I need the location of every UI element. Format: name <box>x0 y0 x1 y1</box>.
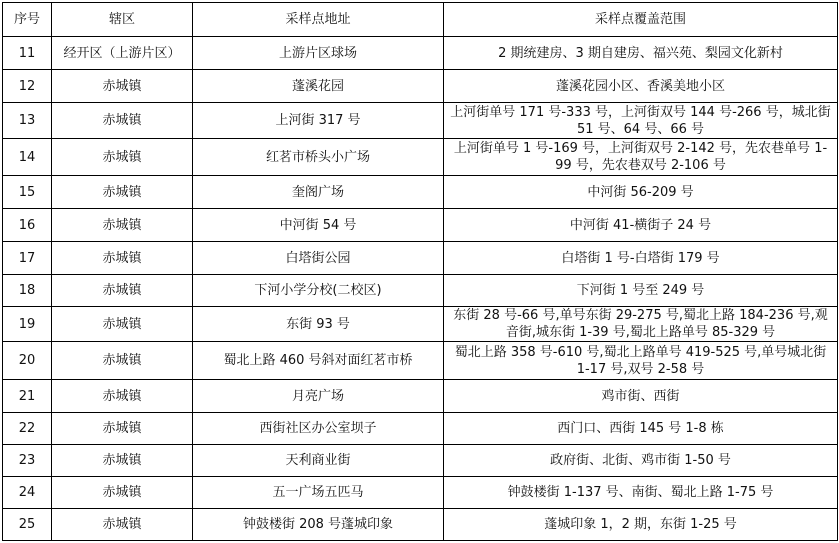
cell-coverage-range: 东街 28 号-66 号,单号东街 29-275 号,蜀北上路 184-236 … <box>444 307 838 342</box>
cell-coverage-range: 钟鼓楼街 1-137 号、南街、蜀北上路 1-75 号 <box>444 477 838 509</box>
cell-coverage-range: 鸡市街、西街 <box>444 380 838 413</box>
table-row: 25 赤城镇 钟鼓楼街 208 号蓬城印象 蓬城印象 1，2 期，东街 1-25… <box>3 509 838 541</box>
cell-coverage-range: 政府街、北街、鸡市街 1-50 号 <box>444 445 838 477</box>
cell-serial-no: 22 <box>3 413 52 445</box>
cell-coverage-range: 中河街 41-横街子 24 号 <box>444 209 838 242</box>
cell-coverage-range: 下河街 1 号至 249 号 <box>444 275 838 307</box>
header-serial-no: 序号 <box>3 3 52 37</box>
cell-serial-no: 17 <box>3 242 52 275</box>
table-row: 18 赤城镇 下河小学分校(二校区) 下河街 1 号至 249 号 <box>3 275 838 307</box>
cell-sampling-address: 蜀北上路 460 号斜对面红茗市桥 <box>193 342 444 380</box>
cell-sampling-address: 上游片区球场 <box>193 37 444 70</box>
cell-sampling-address: 中河街 54 号 <box>193 209 444 242</box>
cell-district: 赤城镇 <box>52 445 193 477</box>
table-row: 23 赤城镇 天利商业街 政府街、北街、鸡市街 1-50 号 <box>3 445 838 477</box>
cell-coverage-range: 上河街单号 171 号-333 号，上河街双号 144 号-266 号，城北街 … <box>444 103 838 139</box>
cell-coverage-range: 蜀北上路 358 号-610 号,蜀北上路单号 419-525 号,单号城北街 … <box>444 342 838 380</box>
table-row: 24 赤城镇 五一广场五匹马 钟鼓楼街 1-137 号、南街、蜀北上路 1-75… <box>3 477 838 509</box>
cell-serial-no: 12 <box>3 70 52 103</box>
cell-sampling-address: 西街社区办公室坝子 <box>193 413 444 445</box>
cell-serial-no: 14 <box>3 139 52 176</box>
cell-coverage-range: 白塔街 1 号-白塔街 179 号 <box>444 242 838 275</box>
cell-coverage-range: 西门口、西街 145 号 1-8 栋 <box>444 413 838 445</box>
cell-district: 赤城镇 <box>52 103 193 139</box>
cell-serial-no: 21 <box>3 380 52 413</box>
cell-district: 赤城镇 <box>52 242 193 275</box>
header-coverage-range: 采样点覆盖范围 <box>444 3 838 37</box>
cell-district: 赤城镇 <box>52 70 193 103</box>
cell-sampling-address: 下河小学分校(二校区) <box>193 275 444 307</box>
cell-serial-no: 16 <box>3 209 52 242</box>
cell-coverage-range: 上河街单号 1 号-169 号，上河街双号 2-142 号，先农巷单号 1-99… <box>444 139 838 176</box>
cell-district: 赤城镇 <box>52 176 193 209</box>
cell-district: 赤城镇 <box>52 139 193 176</box>
sampling-points-table: 序号 辖区 采样点地址 采样点覆盖范围 11 经开区（上游片区） 上游片区球场 … <box>2 2 838 541</box>
cell-serial-no: 19 <box>3 307 52 342</box>
cell-serial-no: 15 <box>3 176 52 209</box>
cell-district: 赤城镇 <box>52 307 193 342</box>
table-row: 22 赤城镇 西街社区办公室坝子 西门口、西街 145 号 1-8 栋 <box>3 413 838 445</box>
cell-coverage-range: 蓬溪花园小区、香溪美地小区 <box>444 70 838 103</box>
cell-sampling-address: 天利商业街 <box>193 445 444 477</box>
cell-sampling-address: 白塔街公园 <box>193 242 444 275</box>
cell-district: 赤城镇 <box>52 209 193 242</box>
cell-sampling-address: 东街 93 号 <box>193 307 444 342</box>
cell-sampling-address: 蓬溪花园 <box>193 70 444 103</box>
cell-sampling-address: 奎阁广场 <box>193 176 444 209</box>
table-row: 12 赤城镇 蓬溪花园 蓬溪花园小区、香溪美地小区 <box>3 70 838 103</box>
cell-serial-no: 25 <box>3 509 52 541</box>
table-row: 14 赤城镇 红茗市桥头小广场 上河街单号 1 号-169 号，上河街双号 2-… <box>3 139 838 176</box>
cell-sampling-address: 上河街 317 号 <box>193 103 444 139</box>
cell-serial-no: 13 <box>3 103 52 139</box>
cell-district: 经开区（上游片区） <box>52 37 193 70</box>
table-row: 21 赤城镇 月亮广场 鸡市街、西街 <box>3 380 838 413</box>
cell-sampling-address: 钟鼓楼街 208 号蓬城印象 <box>193 509 444 541</box>
cell-sampling-address: 月亮广场 <box>193 380 444 413</box>
cell-district: 赤城镇 <box>52 275 193 307</box>
cell-serial-no: 24 <box>3 477 52 509</box>
cell-district: 赤城镇 <box>52 477 193 509</box>
table-row: 20 赤城镇 蜀北上路 460 号斜对面红茗市桥 蜀北上路 358 号-610 … <box>3 342 838 380</box>
table-row: 11 经开区（上游片区） 上游片区球场 2 期统建房、3 期自建房、福兴苑、梨园… <box>3 37 838 70</box>
table-row: 13 赤城镇 上河街 317 号 上河街单号 171 号-333 号，上河街双号… <box>3 103 838 139</box>
cell-serial-no: 23 <box>3 445 52 477</box>
cell-serial-no: 11 <box>3 37 52 70</box>
cell-district: 赤城镇 <box>52 413 193 445</box>
cell-serial-no: 18 <box>3 275 52 307</box>
cell-coverage-range: 中河街 56-209 号 <box>444 176 838 209</box>
cell-district: 赤城镇 <box>52 342 193 380</box>
header-sampling-address: 采样点地址 <box>193 3 444 37</box>
table-row: 19 赤城镇 东街 93 号 东街 28 号-66 号,单号东街 29-275 … <box>3 307 838 342</box>
cell-sampling-address: 红茗市桥头小广场 <box>193 139 444 176</box>
cell-district: 赤城镇 <box>52 380 193 413</box>
table-row: 15 赤城镇 奎阁广场 中河街 56-209 号 <box>3 176 838 209</box>
cell-serial-no: 20 <box>3 342 52 380</box>
header-row: 序号 辖区 采样点地址 采样点覆盖范围 <box>3 3 838 37</box>
cell-coverage-range: 2 期统建房、3 期自建房、福兴苑、梨园文化新村 <box>444 37 838 70</box>
table-row: 17 赤城镇 白塔街公园 白塔街 1 号-白塔街 179 号 <box>3 242 838 275</box>
cell-coverage-range: 蓬城印象 1，2 期，东街 1-25 号 <box>444 509 838 541</box>
header-district: 辖区 <box>52 3 193 37</box>
table-row: 16 赤城镇 中河街 54 号 中河街 41-横街子 24 号 <box>3 209 838 242</box>
cell-district: 赤城镇 <box>52 509 193 541</box>
cell-sampling-address: 五一广场五匹马 <box>193 477 444 509</box>
